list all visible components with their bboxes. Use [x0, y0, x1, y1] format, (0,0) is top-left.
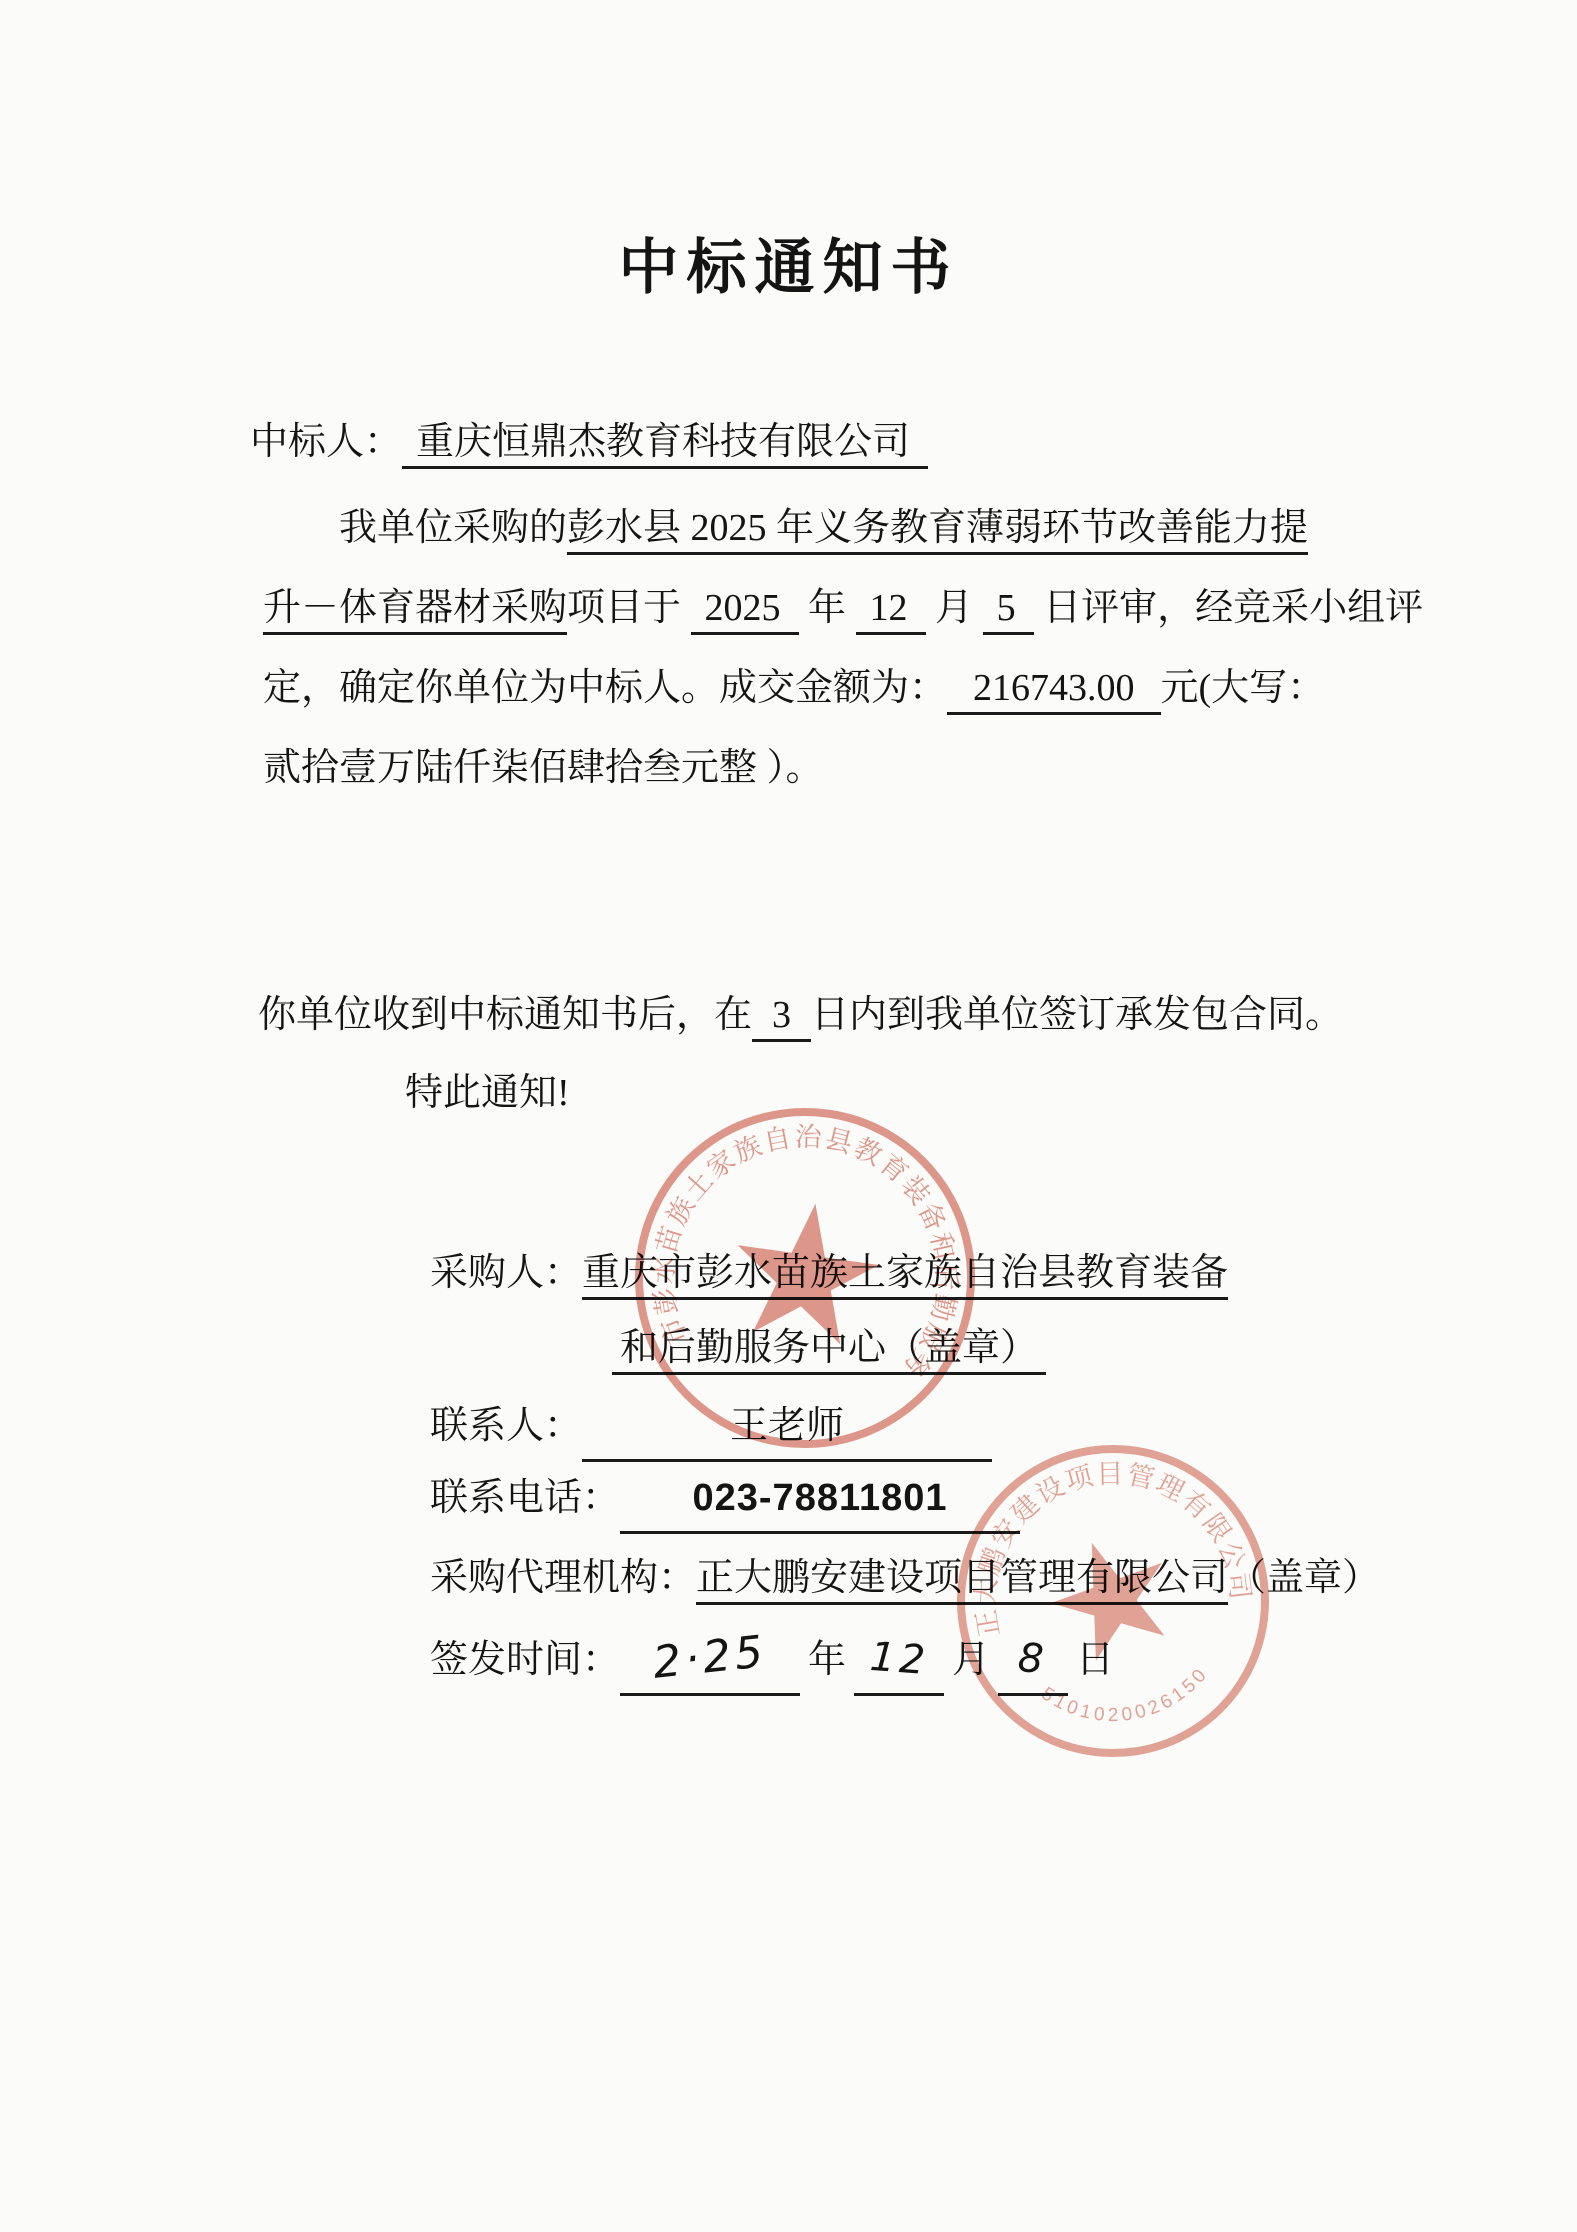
closing-text: 特此通知!	[405, 1072, 570, 1114]
winner-value: 重庆恒鼎杰教育科技有限公司	[402, 421, 928, 469]
award-notice-document: 中标通知书 中标人：重庆恒鼎杰教育科技有限公司 我单位采购的彭水县 2025 年…	[0, 0, 1577, 2232]
contact-value: 王老师	[582, 1396, 992, 1462]
phone-label: 联系电话：	[430, 1477, 620, 1519]
agency-value: 正大鹏安建设项目管理有限公司	[696, 1557, 1228, 1605]
body-line-4: 贰拾壹万陆仟柒佰肆拾叁元整 ）。	[263, 738, 824, 798]
issue-day-handwritten: 8	[1016, 1628, 1050, 1690]
agency-suffix: （盖章）	[1228, 1557, 1380, 1599]
winner-line: 中标人：重庆恒鼎杰教育科技有限公司	[250, 412, 928, 472]
notice-line: 你单位收到中标通知书后，在3日内到我单位签订承发包合同。	[258, 985, 1343, 1045]
deadline-days: 3	[752, 994, 811, 1042]
issue-year-handwritten: 2·25	[650, 1622, 770, 1694]
eval-month: 12	[856, 587, 926, 635]
issue-day-unit: 日	[1068, 1639, 1122, 1681]
amount-in-words: 贰拾壹万陆仟柒佰肆拾叁元整 ）。	[263, 747, 824, 789]
body-text: 定，确定你单位为中标人。成交金额为：	[263, 667, 947, 709]
body-line-3: 定，确定你单位为中标人。成交金额为：216743.00元(大写：	[263, 658, 1325, 718]
issue-date-line: 签发时间：2·25年12月8日	[430, 1628, 1122, 1696]
body-text: 元(大写：	[1161, 667, 1326, 709]
body-line-2: 升－体育器材采购项目于 2025 年 12 月 5 日评审，经竞采小组评	[263, 578, 1423, 638]
purchaser-line-2: 和后勤服务中心（盖章）	[612, 1318, 1046, 1378]
purchaser-label: 采购人：	[430, 1252, 582, 1294]
project-name-part2: 升－体育器材采购	[263, 587, 567, 635]
issue-month-handwritten: 12	[868, 1627, 931, 1691]
body-text: 你单位收到中标通知书后，在	[258, 994, 752, 1036]
issue-month-unit: 月	[944, 1639, 998, 1681]
eval-year: 2025	[691, 587, 799, 635]
phone-value: 023-78811801	[620, 1468, 1020, 1534]
winner-label: 中标人：	[250, 421, 402, 463]
body-line-1: 我单位采购的彭水县 2025 年义务教育薄弱环节改善能力提	[339, 498, 1308, 558]
body-text: 项目于	[567, 587, 691, 629]
purchaser-value-2: 和后勤服务中心（盖章）	[612, 1327, 1046, 1375]
body-text: 日内到我单位签订承发包合同。	[811, 994, 1343, 1036]
closing-line: 特此通知!	[405, 1063, 570, 1123]
issue-year-unit: 年	[800, 1639, 854, 1681]
issue-date-label: 签发时间：	[430, 1639, 620, 1681]
purchaser-value: 重庆市彭水苗族土家族自治县教育装备	[582, 1252, 1228, 1300]
eval-day: 5	[983, 587, 1034, 635]
body-text: 月	[926, 587, 983, 629]
contact-line: 联系人：王老师	[430, 1396, 992, 1462]
phone-line: 联系电话：023-78811801	[430, 1468, 1020, 1534]
purchaser-line: 采购人：重庆市彭水苗族土家族自治县教育装备	[430, 1243, 1228, 1303]
body-text: 年	[799, 587, 856, 629]
body-text: 日评审，经竞采小组评	[1034, 587, 1424, 629]
award-amount: 216743.00	[947, 667, 1161, 715]
agency-label: 采购代理机构：	[430, 1557, 696, 1599]
document-title: 中标通知书	[0, 220, 1577, 306]
project-name-part1: 彭水县 2025 年义务教育薄弱环节改善能力提	[567, 507, 1308, 555]
contact-label: 联系人：	[430, 1405, 582, 1447]
body-text: 我单位采购的	[339, 507, 567, 549]
agency-line: 采购代理机构：正大鹏安建设项目管理有限公司（盖章）	[430, 1548, 1380, 1608]
